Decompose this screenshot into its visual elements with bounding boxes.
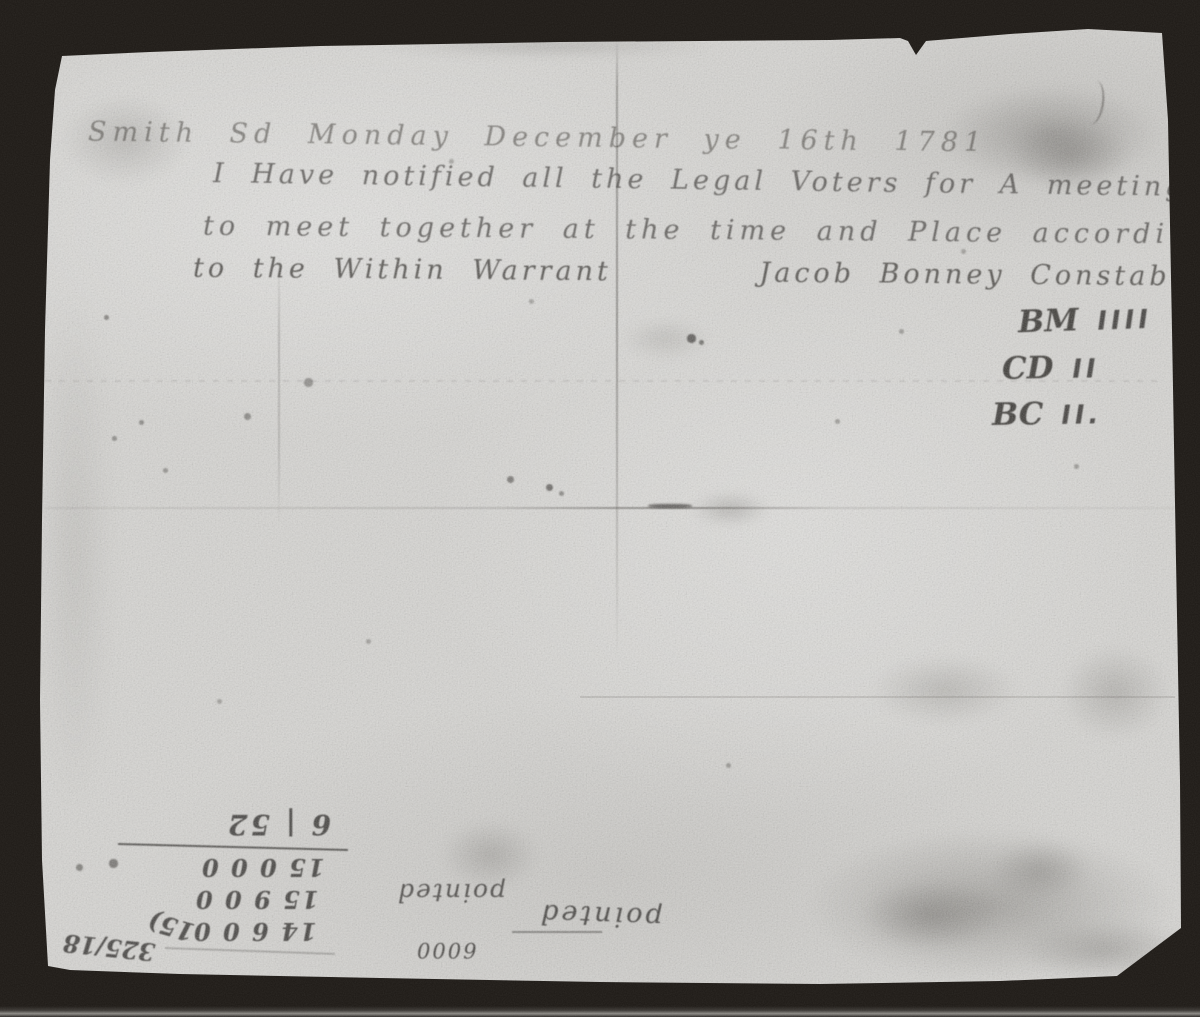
tally-candidate-initials: BC bbox=[992, 396, 1044, 433]
stain bbox=[690, 492, 770, 526]
horizontal-fold-line bbox=[45, 380, 1165, 382]
tally-candidate-initials: BM bbox=[1017, 302, 1079, 340]
tally-row: BM IIII bbox=[1017, 300, 1151, 341]
speck-field bbox=[0, 0, 3, 3]
stain bbox=[620, 318, 710, 360]
handwriting-line-2: I Have notified all the Legal Voters for… bbox=[213, 158, 1187, 203]
handwriting-line-3: to meet together at the time and Place a… bbox=[203, 211, 1200, 251]
vertical-fold-line bbox=[278, 255, 280, 525]
tally-marks: IIII bbox=[1094, 305, 1153, 337]
tally-row: BC II. bbox=[992, 395, 1103, 433]
stain bbox=[1020, 920, 1190, 980]
arithmetic-row-upside-down: 14 6 0 0 bbox=[192, 917, 317, 946]
stain bbox=[810, 830, 1170, 980]
annotation-underline bbox=[512, 931, 602, 933]
stain bbox=[380, 36, 710, 56]
scanned-document-frame: Smith Sd Monday December ye 16th 1781 I … bbox=[0, 0, 1200, 1017]
arithmetic-row-upside-down: 15 0 0 0 bbox=[200, 853, 325, 882]
tally-marks: II bbox=[1069, 354, 1101, 385]
annotation-figure-upside-down: 6000 bbox=[415, 938, 476, 962]
scan-bottom-edge bbox=[0, 1006, 1200, 1017]
arithmetic-rule-line bbox=[118, 843, 348, 851]
stain bbox=[40, 300, 110, 800]
stain bbox=[870, 655, 1020, 725]
horizontal-fold-line bbox=[45, 507, 1175, 509]
horizontal-fold-line bbox=[580, 696, 1175, 698]
tally-candidate-initials: CD bbox=[1002, 350, 1054, 387]
annotation-word-upside-down: pointed bbox=[396, 878, 506, 907]
tally-marks: II. bbox=[1059, 400, 1105, 431]
handwriting-line-1: Smith Sd Monday December ye 16th 1781 bbox=[88, 117, 988, 159]
stain bbox=[1060, 645, 1170, 740]
crease-mark bbox=[1079, 79, 1107, 127]
paper-sheet: Smith Sd Monday December ye 16th 1781 I … bbox=[0, 0, 1200, 1017]
arithmetic-rule-line bbox=[165, 947, 335, 954]
stain bbox=[990, 840, 1090, 900]
annotation-word-upside-down: pointed bbox=[537, 898, 663, 933]
division-figure-upside-down: 325/18 bbox=[62, 928, 157, 966]
arithmetic-row-upside-down: 15 9 0 0 bbox=[194, 885, 319, 914]
arithmetic-result-upside-down: 6 | 52 bbox=[225, 808, 331, 841]
tally-row: CD II bbox=[1002, 349, 1100, 387]
stain bbox=[860, 880, 1000, 950]
ink-dash-mark bbox=[648, 504, 692, 508]
handwriting-line-4: to the Within Warrant Jacob Bonney Const… bbox=[193, 253, 1200, 293]
